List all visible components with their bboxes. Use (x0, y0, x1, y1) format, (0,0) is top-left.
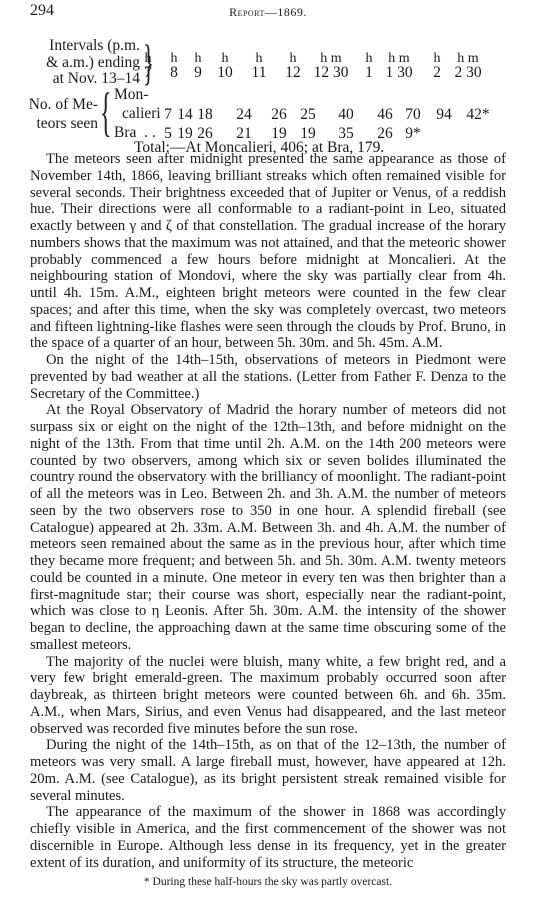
intervals-label-line1: Intervals (p.m. (30, 38, 140, 55)
interval-value: 12 (280, 65, 306, 80)
paragraph: During the night of the 14th–15th, as on… (30, 737, 506, 804)
meteor-count-cell: 94 (429, 107, 459, 122)
footnote: * During these half-hours the sky was pa… (30, 876, 506, 888)
meteor-count-cell: 46 (370, 107, 400, 122)
paragraph: The meteors seen after midnight presente… (30, 151, 506, 352)
interval-value: 11 (246, 65, 272, 80)
paragraph: On the night of the 14th–15th, observati… (30, 352, 506, 402)
body-text: The meteors seen after midnight presente… (30, 151, 506, 871)
meteor-count-cell: 9* (398, 126, 428, 141)
interval-value: 2 (427, 65, 447, 80)
intervals-row-label: Intervals (p.m. & a.m.) ending at Nov. 1… (30, 38, 140, 88)
interval-value: 10 (212, 65, 238, 80)
paragraph: At the Royal Observatory of Madrid the h… (30, 402, 506, 653)
meteor-count-table: Intervals (p.m. & a.m.) ending at Nov. 1… (30, 38, 506, 148)
station-name-moncalieri-line1: Mon- (114, 87, 148, 103)
paragraph: The majority of the nuclei were bluish, … (30, 654, 506, 738)
meteors-label-line1: No. of Me- (22, 95, 98, 114)
meteor-count-cell: 24 (229, 107, 259, 122)
meteor-count-cell: 26 (264, 107, 294, 122)
paragraph: The appearance of the maximum of the sho… (30, 804, 506, 871)
meteors-row-label: No. of Me- teors seen (22, 95, 98, 133)
interval-value: 1 30 (381, 65, 417, 80)
interval-value: 12 30 (313, 65, 349, 80)
interval-value: 9 (188, 65, 208, 80)
meteor-count-cell: 18 (190, 107, 220, 122)
interval-value: 8 (164, 65, 184, 80)
interval-value: 7 (138, 65, 158, 80)
running-title: Report—1869. (30, 4, 506, 20)
interval-value: 1 (359, 65, 379, 80)
intervals-label-line2: & a.m.) ending (30, 55, 140, 72)
meteor-count-cell: 40 (331, 107, 361, 122)
meteor-count-cell: 70 (398, 107, 428, 122)
meteors-label-line2: teors seen (22, 114, 98, 133)
interval-value: 2 30 (450, 65, 486, 80)
running-header: 294 Report—1869. (30, 2, 506, 24)
left-brace-icon: { (100, 86, 112, 138)
meteor-count-cell: 25 (293, 107, 323, 122)
meteor-count-cell: 42* (463, 107, 493, 122)
